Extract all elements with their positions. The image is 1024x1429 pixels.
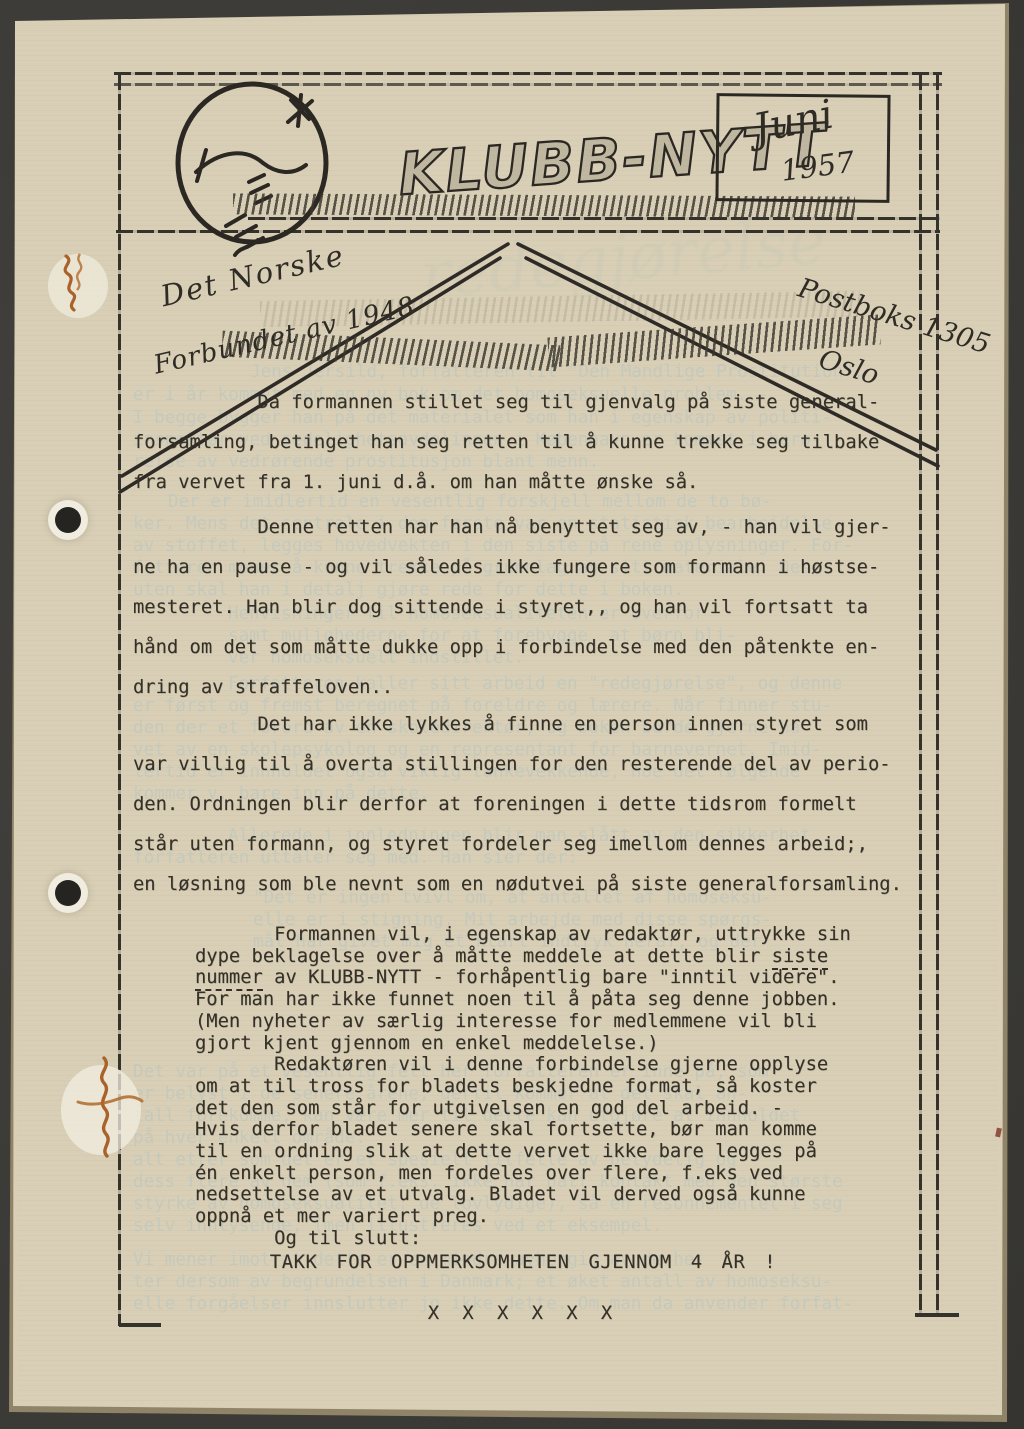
punch-hole — [55, 507, 81, 533]
typed-line: (Men nyheter av særlig interesse for med… — [195, 1011, 851, 1033]
typed-line: nedsettelse av et utvalg. Bladet vil der… — [195, 1184, 851, 1206]
typed-line: en løsning som ble nevnt som en nødutvei… — [133, 865, 902, 905]
typed-line: det den som står for utgivelsen en god d… — [195, 1098, 851, 1120]
punch-hole — [55, 880, 81, 906]
issue-date-box: Juni 1957 — [715, 93, 890, 203]
typed-line: Det har ikke lykkes å finne en person in… — [133, 705, 902, 745]
typed-line: til en ordning slik at dette vervet ikke… — [195, 1141, 851, 1163]
typed-line: om at til tross for bladets beskjedne fo… — [195, 1076, 851, 1098]
issue-month: Juni — [750, 91, 838, 152]
paragraph-2: Denne retten har han nå benyttet seg av,… — [133, 508, 891, 708]
typed-line: ne ha en pause - og vil således ikke fun… — [133, 548, 891, 588]
separator-x-row: X X X X X X — [133, 1303, 913, 1324]
typed-line: nummer av KLUBB-NYTT - forhåpentlig bare… — [195, 967, 851, 989]
bottom-right-corner-tick — [915, 1313, 959, 1317]
rust-staple-stain — [46, 1040, 166, 1170]
typed-line: Og til slutt: — [195, 1228, 851, 1250]
typed-line: hånd om det som måtte dukke opp i forbin… — [133, 628, 891, 668]
typed-line: oppnå et mer variert preg. — [195, 1206, 851, 1228]
paragraph-3: Det har ikke lykkes å finne en person in… — [133, 705, 902, 905]
typed-line: dring av straffeloven.. — [133, 668, 891, 708]
typed-line: én enkelt person, men fordeles over fler… — [195, 1163, 851, 1185]
org-line1: Det Norske — [158, 238, 348, 313]
typed-line: Hvis derfor bladet senere skal fortsette… — [195, 1119, 851, 1141]
typed-line: Denne retten har han nå benyttet seg av,… — [133, 508, 891, 548]
typed-line: For man har ikke funnet noen til å påta … — [195, 989, 851, 1011]
scanned-page-background: { "scan": { "background_color": "#3a3935… — [0, 0, 1024, 1429]
typed-line: Redaktøren vil i denne forbindelse gjern… — [195, 1054, 851, 1076]
typed-line: var villig til å overta stillingen for d… — [133, 745, 902, 785]
typed-line: forsamling, betinget han seg retten til … — [133, 423, 879, 463]
typed-line: den. Ordningen blir derfor at foreningen… — [133, 785, 902, 825]
paragraph-1: Da formannen stillet seg til gjenvalg på… — [133, 383, 879, 503]
typed-line: fra vervet fra 1. juni d.å. om han måtte… — [133, 463, 879, 503]
typed-line: står uten formann, og styret fordeler se… — [133, 825, 902, 865]
rust-staple-stain — [36, 246, 126, 336]
issue-year: 1957 — [779, 145, 857, 188]
typed-line: dype beklagelse over å måtte meddele at … — [195, 946, 851, 968]
thanks-line: TAKK FOR OPPMERKSOMHETEN GJENNOM 4 ÅR ! — [133, 1252, 913, 1273]
typed-line: Da formannen stillet seg til gjenvalg på… — [133, 383, 879, 423]
editor-notice-block: Formannen vil, i egenskap av redaktør, u… — [195, 924, 851, 1250]
typed-line: Formannen vil, i egenskap av redaktør, u… — [195, 924, 851, 946]
typed-line: gjort kjent gjennom en enkel meddelelse.… — [195, 1033, 851, 1055]
typed-line: mesteret. Han blir dog sittende i styret… — [133, 588, 891, 628]
